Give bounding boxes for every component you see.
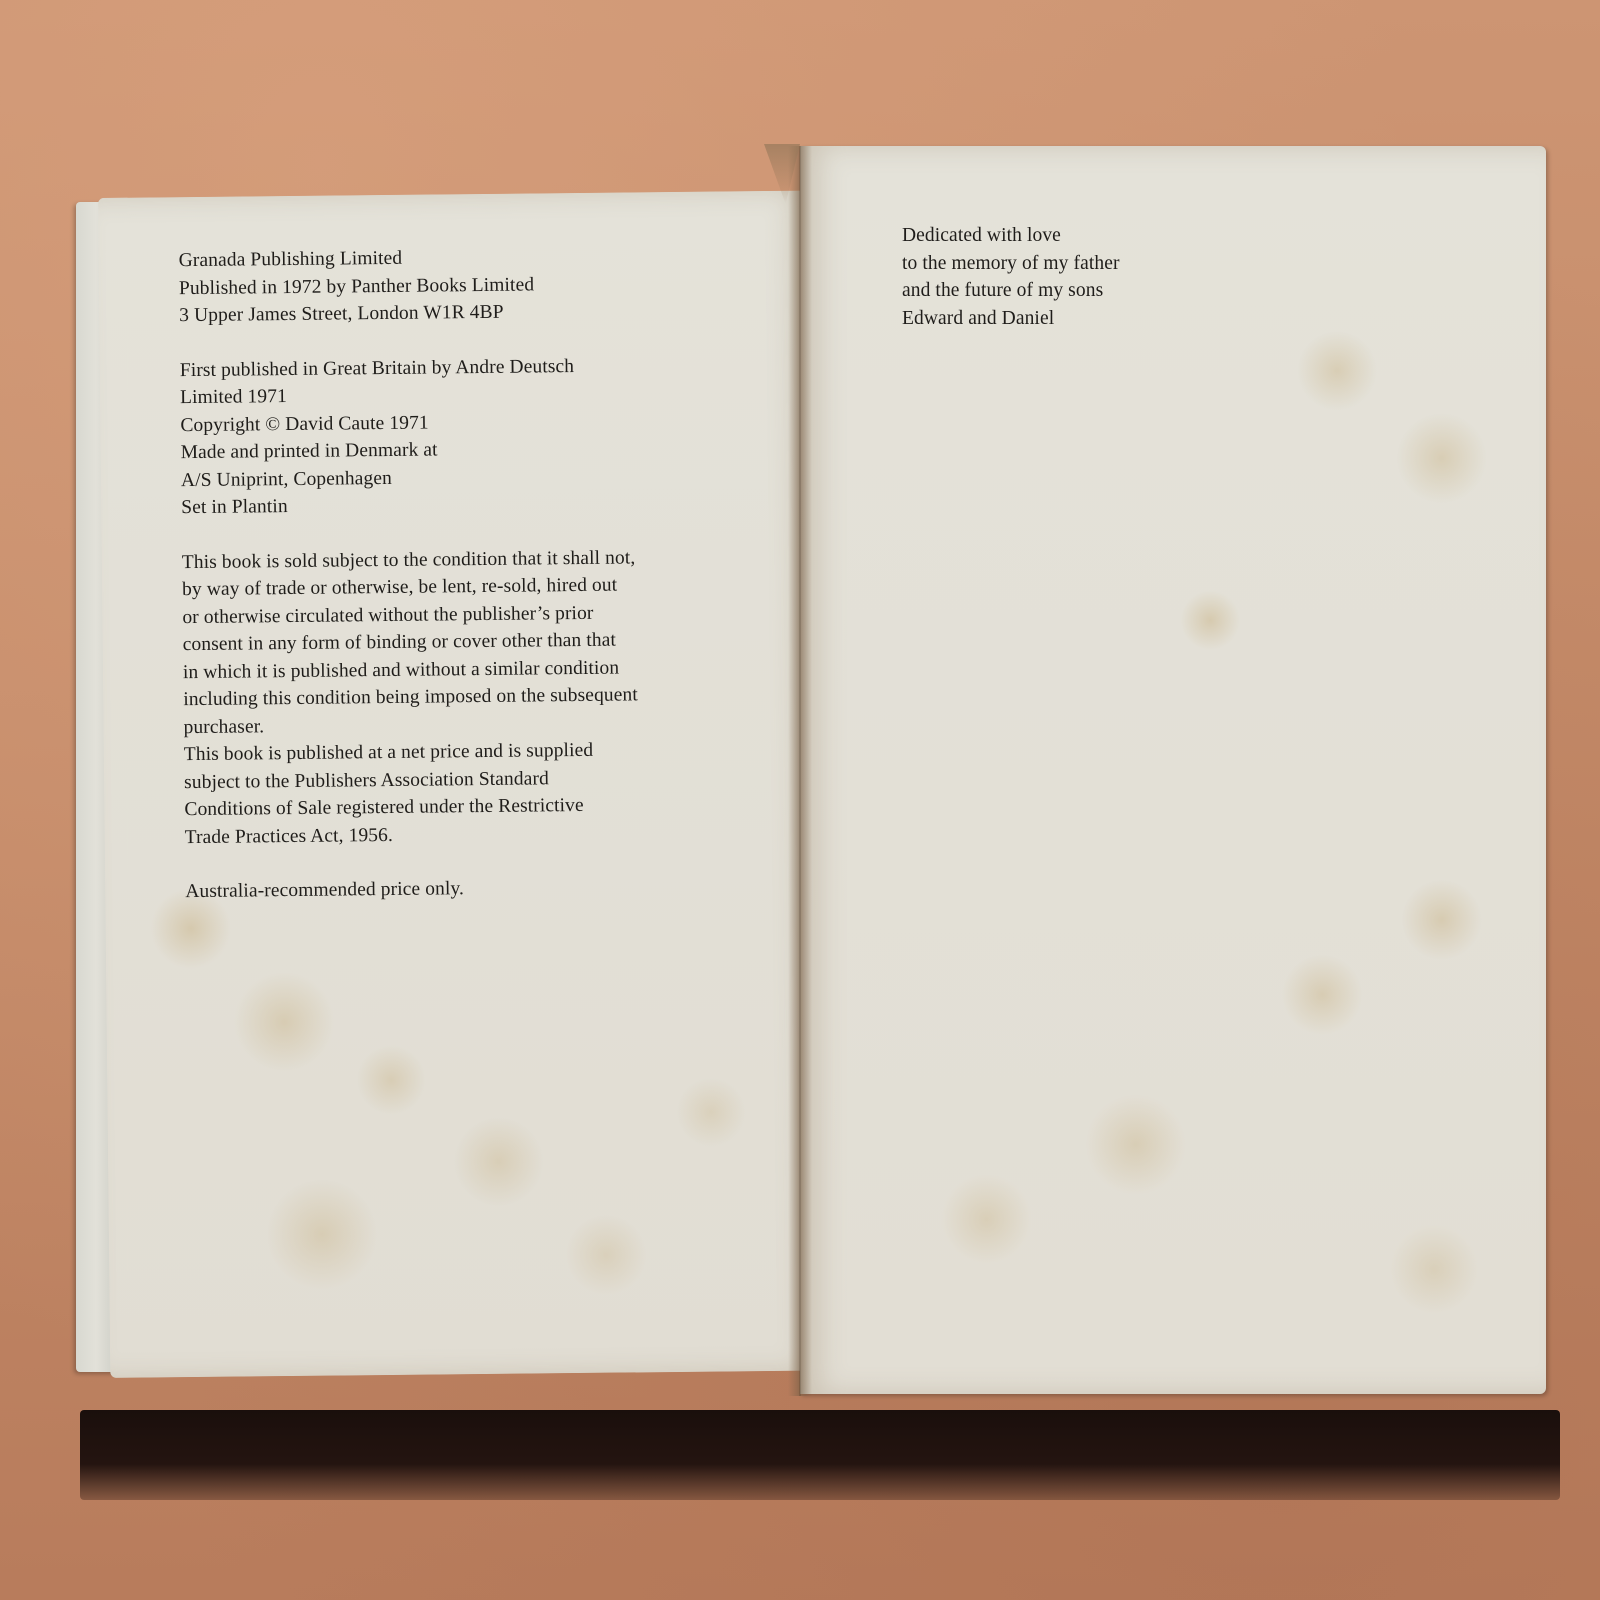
copyright-text: Granada Publishing Limited Published in … — [179, 241, 746, 932]
book-gutter — [788, 146, 812, 1396]
dedication-line: to the memory of my father — [902, 250, 1302, 278]
publisher-line: 3 Upper James Street, London W1R 4BP — [179, 296, 739, 329]
publisher-block: Granada Publishing Limited Published in … — [179, 241, 740, 329]
dedication-line: and the future of my sons — [902, 277, 1302, 305]
conditions-block: This book is sold subject to the conditi… — [182, 543, 745, 851]
price-note: Australia-recommended price only. — [185, 872, 745, 905]
dedication-line: Dedicated with love — [902, 222, 1302, 250]
dedication-text: Dedicated with love to the memory of my … — [902, 222, 1302, 332]
price-note-block: Australia-recommended price only. — [185, 872, 745, 905]
conditions-line: Trade Practices Act, 1956. — [185, 818, 745, 851]
dedication-page: Dedicated with love to the memory of my … — [800, 146, 1546, 1394]
edition-block: First published in Great Britain by Andr… — [180, 351, 742, 522]
copyright-page: Granada Publishing Limited Published in … — [98, 191, 820, 1378]
dedication-line: Edward and Daniel — [902, 305, 1302, 333]
open-book: Granada Publishing Limited Published in … — [76, 140, 1566, 1430]
edition-line: Set in Plantin — [181, 488, 741, 521]
